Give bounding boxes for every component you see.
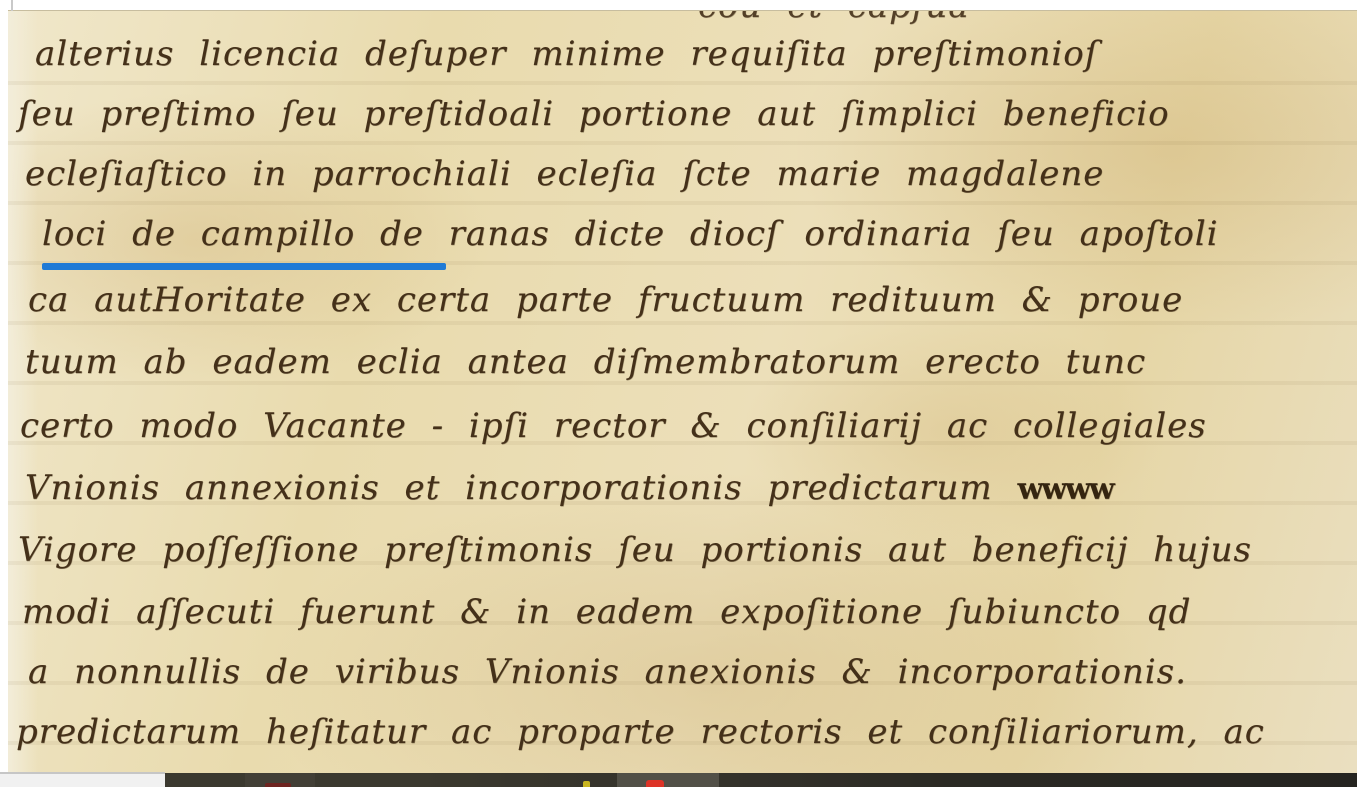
manuscript-line-3: ecleſiaſtico in parrochiali ecleſia ſcte… — [25, 157, 1104, 191]
annotation-underline — [42, 263, 446, 270]
line-filler-flourish: wwww — [1017, 472, 1112, 507]
manuscript-line-12: predictarum heſitatur ac proparte rector… — [16, 715, 1265, 749]
manuscript-page: cou et capſua alterius licencia deſuper … — [8, 10, 1357, 774]
manuscript-line-2: ſeu preſtimo ſeu preſtidoali portione au… — [18, 97, 1170, 131]
manuscript-line-11: a nonnullis de viribus Vnionis anexionis… — [28, 655, 1187, 689]
manuscript-line-5: ca autHoritate ex certa parte fructuum r… — [28, 283, 1183, 317]
manuscript-line-0-cropped: cou et capſua — [698, 10, 970, 23]
manuscript-line-4: loci de campillo de ranas dicte diocſ or… — [42, 217, 1219, 251]
taskbar[interactable] — [0, 773, 1357, 787]
underlined-placename: loci de campillo de ranas — [42, 214, 550, 254]
manuscript-line-7: certo modo Vacante - ipſi rector & conſi… — [20, 409, 1207, 443]
taskbar-app-segment[interactable] — [245, 773, 315, 787]
red-app-icon[interactable] — [646, 780, 664, 787]
window-corner-sliver[interactable] — [0, 772, 165, 787]
manuscript-line-1: alterius licencia deſuper minime requiſi… — [35, 37, 1098, 71]
manuscript-line-9: Vigore poſſeſſione preſtimonis ſeu porti… — [18, 533, 1252, 567]
manuscript-line-6: tuum ab eadem eclia antea diſmembratorum… — [25, 345, 1146, 379]
taskbar-active-app-segment[interactable] — [617, 773, 719, 787]
manuscript-line-8: Vnionis annexionis et incorporationis pr… — [25, 471, 1113, 505]
yellow-app-icon[interactable] — [583, 781, 590, 787]
app-icon[interactable] — [265, 783, 291, 787]
manuscript-line-4-rest: dicte diocſ ordinaria ſeu apoſtoli — [550, 214, 1219, 254]
window-edge-artifact — [11, 0, 13, 11]
manuscript-line-10: modi aſſecuti fuerunt & in eadem expoſit… — [22, 595, 1191, 629]
manuscript-line-8-text: Vnionis annexionis et incorporationis pr… — [25, 468, 993, 508]
